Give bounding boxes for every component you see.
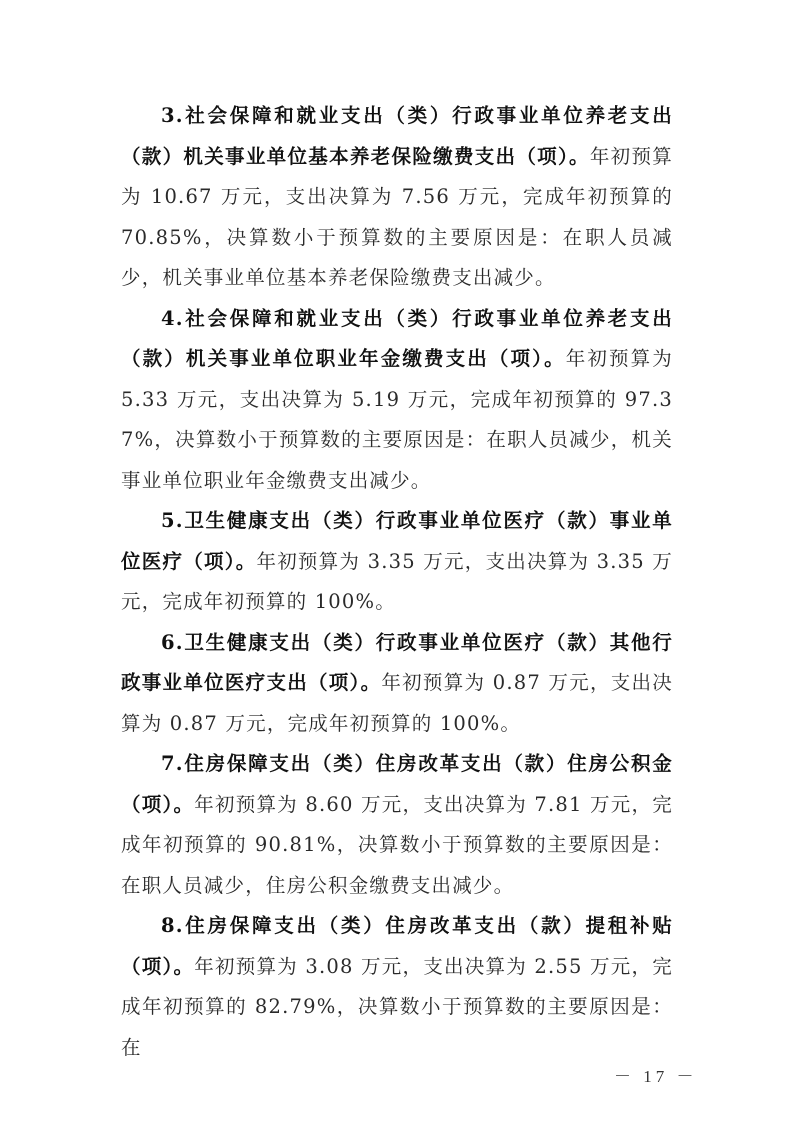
- paragraph-item-5: 5.卫生健康支出（类）行政事业单位医疗（款）事业单位医疗（项）。年初预算为 3.…: [121, 501, 673, 623]
- paragraph-item-6: 6.卫生健康支出（类）行政事业单位医疗（款）其他行政事业单位医疗支出（项）。年初…: [121, 623, 673, 745]
- page-number: － 17 －: [614, 1062, 698, 1087]
- paragraph-item-3: 3.社会保障和就业支出（类）行政事业单位养老支出（款）机关事业单位基本养老保险缴…: [121, 96, 673, 299]
- paragraph-body: 年初预算为 3.08 万元，支出决算为 2.55 万元，完成年初预算的 82.7…: [121, 955, 673, 1059]
- paragraph-item-4: 4.社会保障和就业支出（类）行政事业单位养老支出（款）机关事业单位职业年金缴费支…: [121, 299, 673, 502]
- paragraph-body: 年初预算为 8.60 万元，支出决算为 7.81 万元，完成年初预算的 90.8…: [121, 793, 673, 897]
- document-body: 3.社会保障和就业支出（类）行政事业单位养老支出（款）机关事业单位基本养老保险缴…: [121, 96, 673, 1068]
- paragraph-item-8: 8.住房保障支出（类）住房改革支出（款）提租补贴（项）。年初预算为 3.08 万…: [121, 906, 673, 1068]
- document-page: 3.社会保障和就业支出（类）行政事业单位养老支出（款）机关事业单位基本养老保险缴…: [0, 0, 793, 1122]
- paragraph-item-7: 7.住房保障支出（类）住房改革支出（款）住房公积金（项）。年初预算为 8.60 …: [121, 744, 673, 906]
